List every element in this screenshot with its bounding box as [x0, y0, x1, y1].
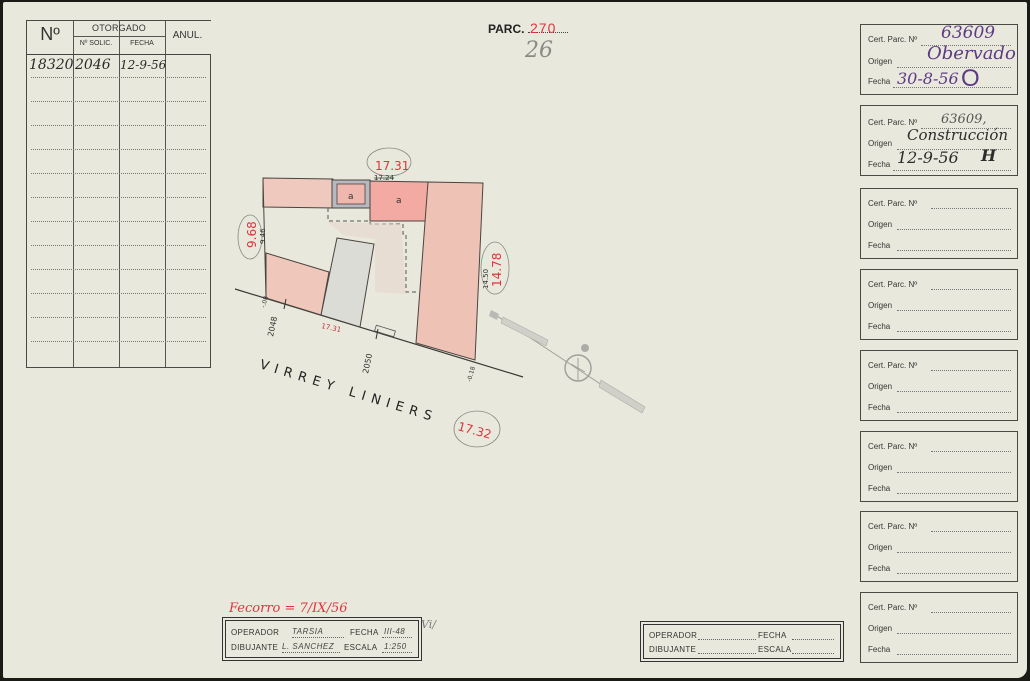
- certificate-box-7: Cert. Parc. Nº Origen Fecha: [860, 511, 1018, 582]
- correction-note: Fecorro = 7/IX/56: [229, 601, 348, 616]
- svg-text:17.24: 17.24: [374, 174, 395, 182]
- dibujante-value: L. SANCHEZ: [282, 642, 334, 651]
- svg-text:a: a: [348, 192, 354, 202]
- svg-text:a: a: [396, 196, 402, 206]
- signature-block-right: OPERADOR FECHA DIBUJANTE ESCALA: [643, 624, 841, 659]
- certificate-origen: Construcción: [907, 126, 1008, 144]
- gray-open-area: [321, 238, 374, 327]
- svg-text:17.31: 17.31: [375, 159, 409, 173]
- escala-value: 1:250: [384, 642, 407, 651]
- certificate-box-8: Cert. Parc. Nº Origen Fecha: [860, 592, 1018, 663]
- svg-text:14.78: 14.78: [490, 253, 504, 287]
- certificate-box-2: Cert. Parc. Nº Origen Fecha 63609, Const…: [860, 105, 1018, 176]
- side-initials: Vi/: [421, 618, 436, 631]
- certificate-number: 63609,: [941, 112, 987, 127]
- svg-text:17.32: 17.32: [456, 419, 493, 441]
- svg-text:2050: 2050: [361, 353, 374, 375]
- certificate-box-3: Cert. Parc. Nº Origen Fecha: [860, 188, 1018, 259]
- svg-text:17.31: 17.31: [321, 322, 342, 334]
- certificate-mark: O: [961, 65, 980, 93]
- certificate-box-1: Cert. Parc. Nº Origen Fecha 63609 Oberva…: [860, 24, 1018, 95]
- certificate-box-5: Cert. Parc. Nº Origen Fecha: [860, 350, 1018, 421]
- fecha-value: III-48: [384, 627, 405, 636]
- certificate-number: 63609: [941, 23, 995, 43]
- certificate-fecha: 12-9-56: [897, 148, 959, 167]
- built-area-right: [416, 182, 483, 360]
- svg-text:14.50: 14.50: [482, 269, 490, 289]
- parcel-card: Nº OTORGADO Nº SOLIC. FECHA ANUL. 18320 …: [3, 2, 1027, 678]
- certificate-fecha: 30-8-56: [897, 69, 959, 88]
- svg-text:9.68: 9.68: [245, 221, 259, 248]
- certificate-box-6: Cert. Parc. Nº Origen Fecha: [860, 431, 1018, 502]
- certificate-box-4: Cert. Parc. Nº Origen Fecha: [860, 269, 1018, 340]
- operador-value: TARSIA: [292, 627, 323, 636]
- signature-block-left: OPERADOR TARSIA FECHA III-48 DIBUJANTE L…: [225, 620, 419, 658]
- svg-text:2048: 2048: [266, 316, 279, 338]
- svg-text:-0.18: -0.18: [466, 366, 477, 383]
- built-area-bottom-left: [266, 253, 329, 315]
- built-area-top-left: [263, 178, 333, 208]
- certificate-mark: H: [981, 146, 996, 165]
- north-arrow-icon: [489, 310, 645, 413]
- svg-text:VIRREY LINIERS: VIRREY LINIERS: [258, 357, 440, 425]
- svg-text:9.46: 9.46: [259, 228, 267, 244]
- certificate-origen: Obervado: [927, 43, 1016, 64]
